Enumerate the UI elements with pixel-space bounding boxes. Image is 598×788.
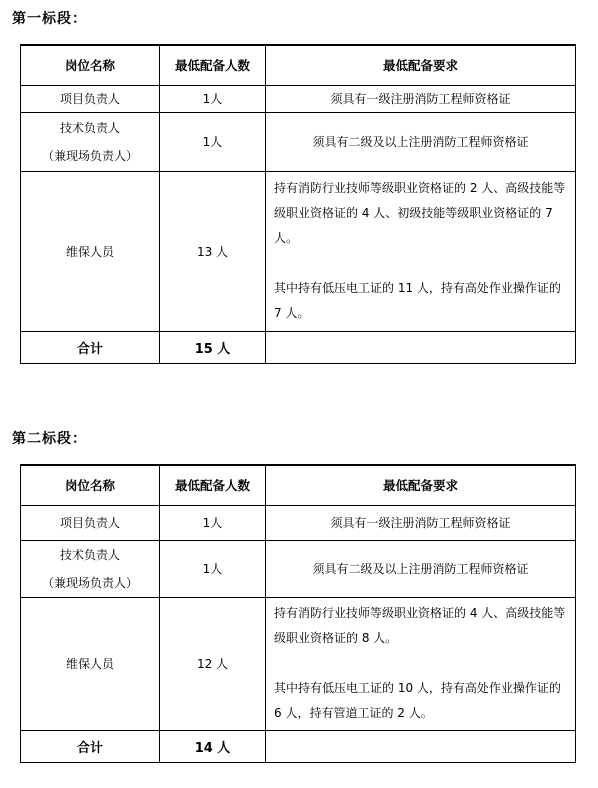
total-row: 合计 15 人 <box>21 331 576 363</box>
total-label: 合计 <box>21 730 160 762</box>
table-row: 技术负责人 （兼现场负责人） 1人 须具有二级及以上注册消防工程师资格证 <box>21 540 576 597</box>
position-cell: 项目负责人 <box>21 505 160 540</box>
total-count: 14 人 <box>160 730 266 762</box>
header-position: 岗位名称 <box>21 465 160 505</box>
total-label: 合计 <box>21 331 160 363</box>
count-cell: 1人 <box>160 505 266 540</box>
staffing-table-lot-2: 岗位名称 最低配备人数 最低配备要求 项目负责人 1人 须具有一级注册消防工程师… <box>20 464 576 763</box>
requirement-cell: 须具有二级及以上注册消防工程师资格证 <box>266 540 576 597</box>
position-cell: 项目负责人 <box>21 85 160 112</box>
header-min-count: 最低配备人数 <box>160 45 266 85</box>
requirement-paragraph-2: 其中持有低压电工证的 10 人，持有高处作业操作证的 6 人，持有管道工证的 2… <box>274 676 569 726</box>
position-line-2: （兼现场负责人） <box>21 142 159 170</box>
position-cell: 技术负责人 （兼现场负责人） <box>21 112 160 171</box>
requirement-cell: 须具有二级及以上注册消防工程师资格证 <box>266 112 576 171</box>
section-title-lot-2: 第二标段： <box>12 428 87 448</box>
section-title-lot-1: 第一标段： <box>12 8 87 28</box>
count-cell: 1人 <box>160 85 266 112</box>
count-cell: 1人 <box>160 112 266 171</box>
requirement-cell: 持有消防行业技师等级职业资格证的 4 人、高级技能等级职业资格证的 8 人。 其… <box>266 597 576 730</box>
staffing-table-lot-1: 岗位名称 最低配备人数 最低配备要求 项目负责人 1人 须具有一级注册消防工程师… <box>20 44 576 364</box>
total-requirement <box>266 331 576 363</box>
position-cell: 技术负责人 （兼现场负责人） <box>21 540 160 597</box>
count-cell: 13 人 <box>160 171 266 331</box>
table-row: 技术负责人 （兼现场负责人） 1人 须具有二级及以上注册消防工程师资格证 <box>21 112 576 171</box>
requirement-paragraph-2: 其中持有低压电工证的 11 人，持有高处作业操作证的 7 人。 <box>274 276 569 326</box>
count-cell: 1人 <box>160 540 266 597</box>
table-header-row: 岗位名称 最低配备人数 最低配备要求 <box>21 45 576 85</box>
table-row: 项目负责人 1人 须具有一级注册消防工程师资格证 <box>21 85 576 112</box>
requirement-cell: 持有消防行业技师等级职业资格证的 2 人、高级技能等级职业资格证的 4 人、初级… <box>266 171 576 331</box>
header-position: 岗位名称 <box>21 45 160 85</box>
requirement-paragraph-1: 持有消防行业技师等级职业资格证的 4 人、高级技能等级职业资格证的 8 人。 <box>274 601 569 651</box>
requirement-paragraph-1: 持有消防行业技师等级职业资格证的 2 人、高级技能等级职业资格证的 4 人、初级… <box>274 176 569 251</box>
requirement-cell: 须具有一级注册消防工程师资格证 <box>266 85 576 112</box>
table-row: 维保人员 13 人 持有消防行业技师等级职业资格证的 2 人、高级技能等级职业资… <box>21 171 576 331</box>
requirement-cell: 须具有一级注册消防工程师资格证 <box>266 505 576 540</box>
position-line-1: 技术负责人 <box>21 541 159 569</box>
table-header-row: 岗位名称 最低配备人数 最低配备要求 <box>21 465 576 505</box>
position-cell: 维保人员 <box>21 597 160 730</box>
total-row: 合计 14 人 <box>21 730 576 762</box>
count-cell: 12 人 <box>160 597 266 730</box>
header-min-count: 最低配备人数 <box>160 465 266 505</box>
table-row: 项目负责人 1人 须具有一级注册消防工程师资格证 <box>21 505 576 540</box>
position-line-1: 技术负责人 <box>21 114 159 142</box>
header-min-requirement: 最低配备要求 <box>266 45 576 85</box>
table-row: 维保人员 12 人 持有消防行业技师等级职业资格证的 4 人、高级技能等级职业资… <box>21 597 576 730</box>
header-min-requirement: 最低配备要求 <box>266 465 576 505</box>
position-cell: 维保人员 <box>21 171 160 331</box>
position-line-2: （兼现场负责人） <box>21 569 159 597</box>
total-requirement <box>266 730 576 762</box>
total-count: 15 人 <box>160 331 266 363</box>
